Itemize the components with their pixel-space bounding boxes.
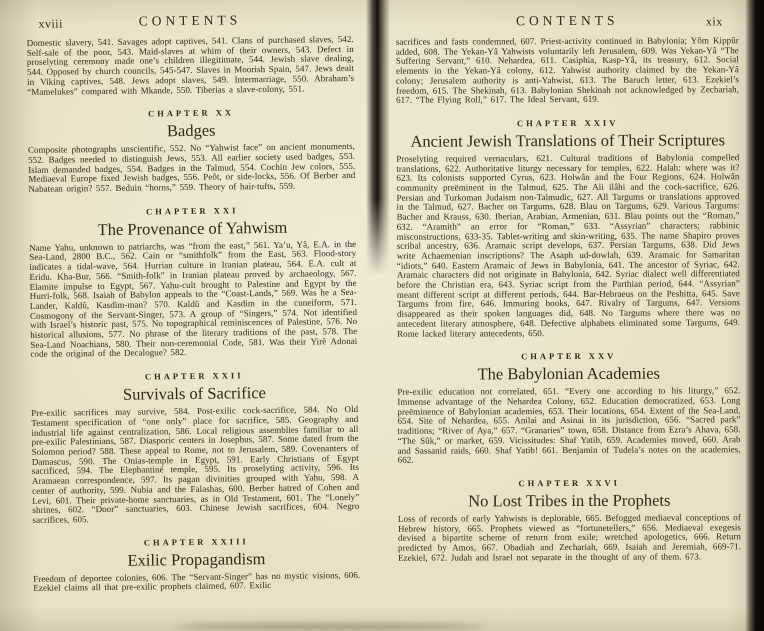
right-page: CONTENTS xix sacrifices and fasts condem… (388, 0, 748, 631)
chapter-xxv-heading: CHAPTER XXV (397, 351, 740, 362)
chapter-xx-heading: CHAPTER XX (27, 106, 354, 120)
chapter-xxv-title: The Babylonian Academies (397, 365, 740, 384)
chapter-xxii-summary: Pre-exilic sacrifices may survive, 584. … (31, 405, 359, 525)
chapter-xxiv-summary: Proselyting required vernaculars, 621. C… (396, 153, 740, 339)
right-page-header: CONTENTS xix (396, 12, 739, 32)
chapter-xxi-summary: Name Yahu, unknown to patriarchs, was “f… (29, 240, 357, 360)
binding-gutter-shadow (366, 0, 390, 275)
scan-smudge (175, 623, 485, 630)
left-running-title: CONTENTS (26, 11, 353, 31)
chapter-xxvi-block: CHAPTER XXVI No Lost Tribes in the Proph… (398, 477, 741, 563)
left-page-number: xviii (38, 16, 63, 31)
chapter-xxv-block: CHAPTER XXV The Babylonian Academies Pre… (397, 351, 740, 466)
chapter-xxiv-block: CHAPTER XXIV Ancient Jewish Translations… (396, 117, 740, 339)
chapter-xxi-heading: CHAPTER XXI (29, 204, 356, 218)
left-page-header: xviii CONTENTS (26, 11, 353, 34)
chapter-xxiii-summary: Freedom of deportee colonies, 606. The “… (33, 570, 360, 593)
chapter-xxvi-heading: CHAPTER XXVI (398, 477, 741, 488)
right-continuation-paragraph: sacrifices and fasts condemned, 607. Pri… (396, 36, 739, 105)
chapter-xxi-title: The Provenance of Yahwism (29, 218, 356, 240)
chapter-xxiii-title: Exilic Propagandism (33, 548, 360, 570)
chapter-xx-summary: Composite photographs unscientific, 552.… (28, 142, 356, 195)
book-spread: xviii CONTENTS Domestic slavery, 541. Sa… (0, 0, 764, 631)
chapter-xxi-block: CHAPTER XXI The Provenance of Yahwism Na… (29, 204, 358, 360)
chapter-xxii-title: Survivals of Sacrifice (31, 383, 358, 405)
chapter-xxvi-title: No Lost Tribes in the Prophets (398, 491, 741, 510)
chapter-xxvi-summary: Loss of records of early Yahwists is dep… (398, 513, 741, 563)
chapter-xxii-heading: CHAPTER XXII (31, 369, 358, 383)
right-page-number: xix (706, 14, 723, 29)
chapter-xxv-summary: Pre-exilic education not correlated, 651… (397, 387, 740, 466)
page-edge-shadow (745, 0, 764, 631)
chapter-xxiii-block: CHAPTER XXIII Exilic Propagandism Freedo… (33, 534, 361, 593)
left-page: xviii CONTENTS Domestic slavery, 541. Sa… (0, 0, 375, 631)
chapter-xxii-block: CHAPTER XXII Survivals of Sacrifice Pre-… (31, 369, 360, 525)
left-continuation-paragraph: Domestic slavery, 541. Savages adopt cap… (27, 35, 355, 97)
chapter-xx-block: CHAPTER XX Badges Composite photographs … (27, 106, 355, 195)
chapter-xxiii-heading: CHAPTER XXIII (33, 534, 360, 548)
chapter-xxiv-title: Ancient Jewish Translations of Their Scr… (396, 131, 739, 150)
chapter-xxiv-heading: CHAPTER XXIV (396, 117, 739, 128)
right-running-title: CONTENTS (396, 12, 739, 29)
chapter-xx-title: Badges (28, 120, 355, 142)
